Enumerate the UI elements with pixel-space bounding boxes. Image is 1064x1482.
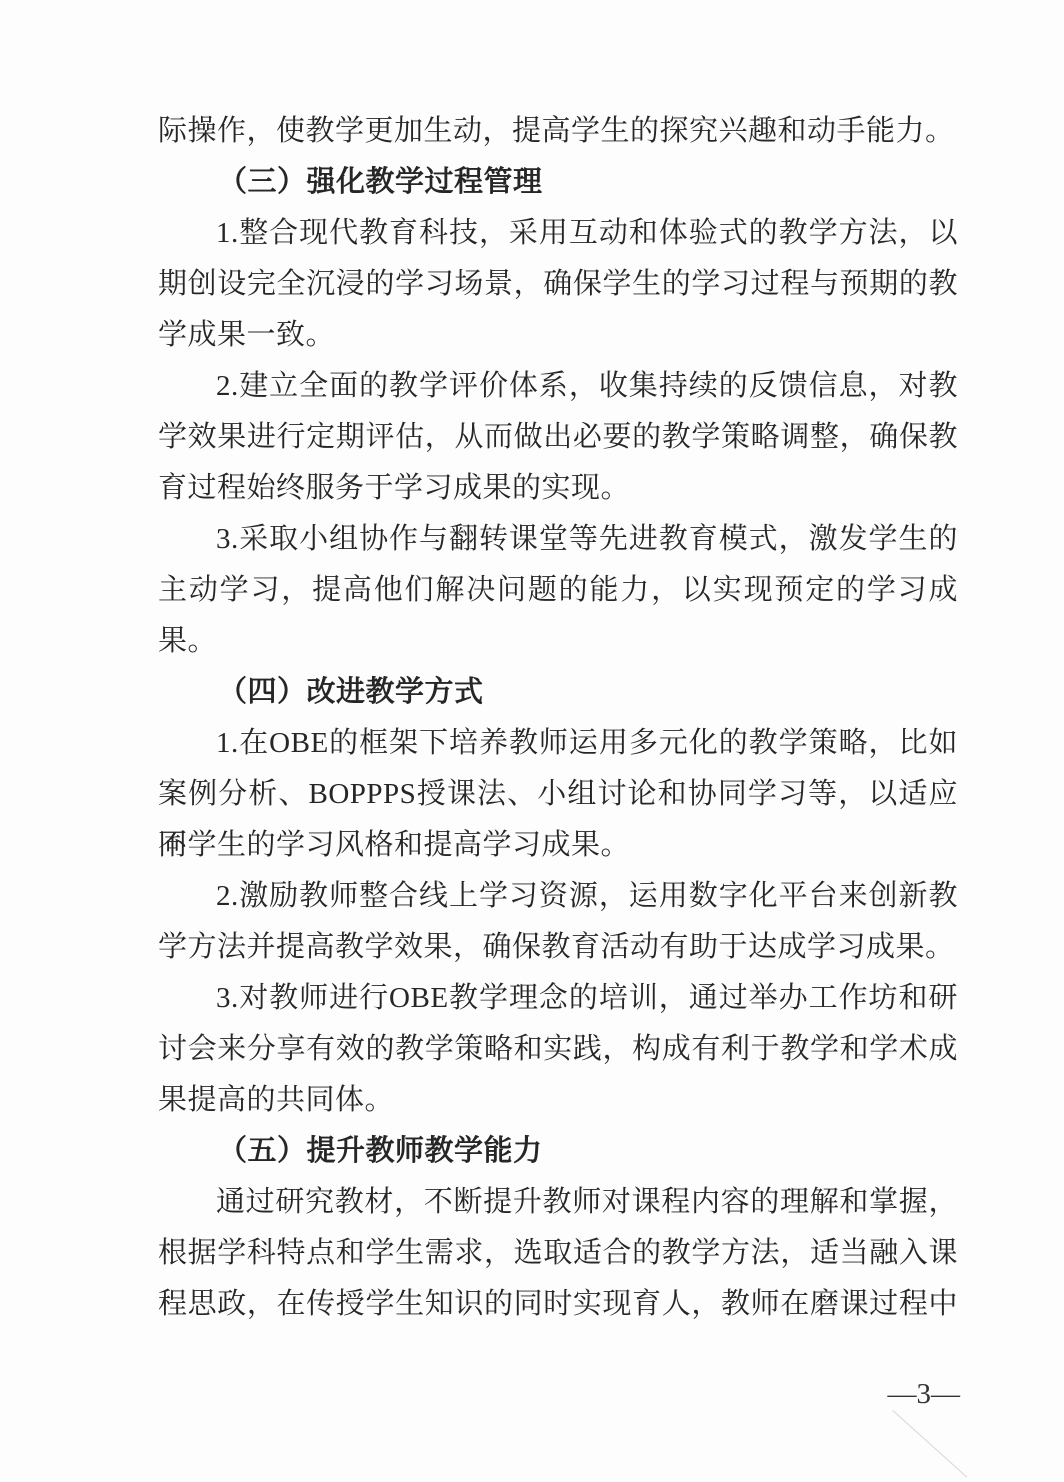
document-body: 际操作，使教学更加生动，提高学生的探究兴趣和动手能力。 （三）强化教学过程管理 …: [158, 106, 958, 1330]
section-heading: （四）改进教学方式: [158, 667, 958, 718]
text-line: 学方法并提高教学效果，确保教育活动有助于达成学习成果。: [158, 922, 958, 973]
text-line: 育过程始终服务于学习成果的实现。: [158, 463, 958, 514]
text-line: 学效果进行定期评估，从而做出必要的教学策略调整，确保教: [158, 412, 958, 463]
text-line: 2.建立全面的教学评价体系，收集持续的反馈信息，对教: [158, 361, 958, 412]
text-line: 1.整合现代教育科技，采用互动和体验式的教学方法，以: [158, 208, 958, 259]
text-line: 程思政，在传授学生知识的同时实现育人，教师在磨课过程中: [158, 1279, 958, 1330]
text-line: 同学生的学习风格和提高学习成果。: [158, 820, 958, 871]
text-line: 主动学习，提高他们解决问题的能力，以实现预定的学习成: [158, 565, 958, 616]
section-heading: （三）强化教学过程管理: [158, 157, 958, 208]
text-line: 1.在OBE的框架下培养教师运用多元化的教学策略，比如: [158, 718, 958, 769]
text-line: 际操作，使教学更加生动，提高学生的探究兴趣和动手能力。: [158, 106, 958, 157]
text-line: 期创设完全沉浸的学习场景，确保学生的学习过程与预期的教: [158, 259, 958, 310]
text-line: 学成果一致。: [158, 310, 958, 361]
text-line: 3.采取小组协作与翻转课堂等先进教育模式，激发学生的: [158, 514, 958, 565]
text-line: 通过研究教材，不断提升教师对课程内容的理解和掌握，: [158, 1177, 958, 1228]
section-heading: （五）提升教师教学能力: [158, 1126, 958, 1177]
document-page: 际操作，使教学更加生动，提高学生的探究兴趣和动手能力。 （三）强化教学过程管理 …: [0, 0, 1064, 1482]
text-line: 果提高的共同体。: [158, 1075, 958, 1126]
text-line: 2.激励教师整合线上学习资源，运用数字化平台来创新教: [158, 871, 958, 922]
text-line: 根据学科特点和学生需求，选取适合的教学方法，适当融入课: [158, 1228, 958, 1279]
text-line: 果。: [158, 616, 958, 667]
page-number: —3—: [888, 1372, 961, 1416]
text-line: 3.对教师进行OBE教学理念的培训，通过举办工作坊和研: [158, 973, 958, 1024]
text-line: 案例分析、BOPPPS授课法、小组讨论和协同学习等，以适应不: [158, 769, 958, 820]
scan-artifact: [892, 1410, 967, 1478]
text-line: 讨会来分享有效的教学策略和实践，构成有利于教学和学术成: [158, 1024, 958, 1075]
